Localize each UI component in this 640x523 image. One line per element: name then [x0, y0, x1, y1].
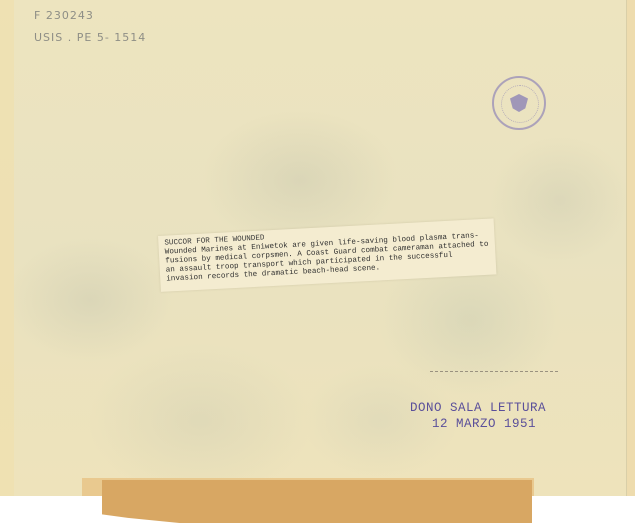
circular-stamp [492, 76, 546, 130]
mount-tab [102, 480, 532, 523]
paper-edge-right [626, 0, 635, 496]
paper-edge-left [0, 0, 14, 496]
handwritten-archive-number: F 230243 [34, 9, 94, 22]
donation-stamp-line1: DONO SALA LETTURA [410, 401, 546, 415]
handwritten-usis-code: USIS . PE 5- 1514 [34, 31, 146, 44]
dashed-line [430, 371, 558, 372]
donation-stamp-line2: 12 MARZO 1951 [432, 417, 536, 431]
